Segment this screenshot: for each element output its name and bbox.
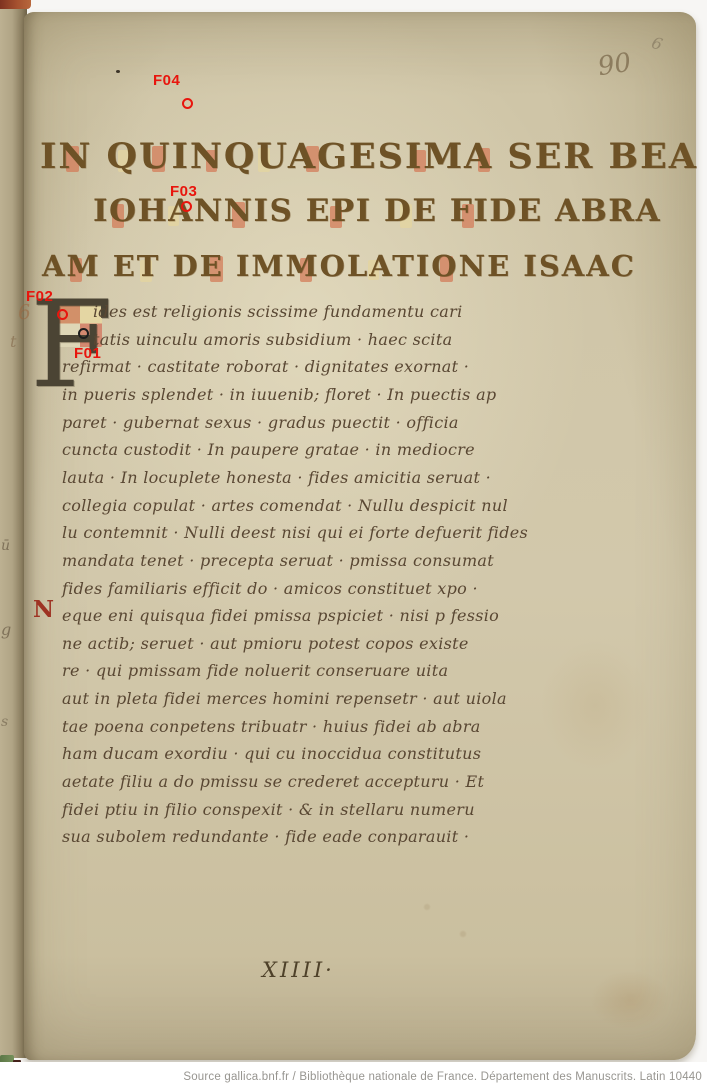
- text-line: mandata tenet · precepta seruat · pmissa…: [62, 551, 494, 570]
- manuscript-photo: IN QUINQUAGESIMA SER BEA IOHANNIS EPI DE…: [0, 0, 707, 1092]
- annotation-circle-f03[interactable]: [181, 201, 192, 212]
- text-line: in pueris splendet · in iuuenib; floret …: [62, 385, 496, 404]
- text-line: ne actib; seruet · aut pmioru potest cop…: [62, 634, 469, 653]
- text-line: fidei ptiu in filio conspexit · & in ste…: [62, 800, 475, 819]
- text-line: paret · gubernat sexus · gradus puectit …: [62, 413, 459, 432]
- annotation-label-f03[interactable]: F03: [170, 183, 197, 200]
- ink-speck: [116, 70, 120, 73]
- text-line: ham ducam exordiu · qui cu inoccidua con…: [62, 744, 481, 763]
- text-line: fides familiaris efficit do · amicos con…: [62, 579, 478, 598]
- text-line: tatis uinculu amoris subsidium · haec sc…: [93, 330, 452, 349]
- rubric-title-line-1: IN QUINQUAGESIMA SER BEA: [40, 136, 698, 177]
- text-line: ides est religionis scissime fundamentu …: [93, 302, 462, 321]
- margin-initial-n: N: [33, 596, 54, 623]
- text-line: re · qui pmissam fide noluerit conseruar…: [62, 661, 448, 680]
- text-line: cuncta custodit · In paupere gratae · in…: [62, 440, 475, 459]
- annotation-circle-f04[interactable]: [182, 98, 193, 109]
- text-line: sua subolem redundante · fide eade conpa…: [62, 827, 469, 846]
- folio-number: 90: [596, 48, 633, 82]
- adjacent-page-edge: [0, 6, 27, 1058]
- text-line: eque eni quisqua fidei pmissa pspiciet ·…: [62, 606, 499, 625]
- annotation-label-f02[interactable]: F02: [26, 288, 53, 305]
- red-headband: [0, 0, 31, 9]
- annotation-circle-f01[interactable]: [78, 328, 89, 339]
- text-line: tae poena conpetens tribuatr · huius fid…: [62, 717, 481, 736]
- annotation-circle-f02[interactable]: [57, 309, 68, 320]
- text-line: refirmat · castitate roborat · dignitate…: [62, 357, 469, 376]
- text-line: lauta · In locuplete honesta · fides ami…: [62, 468, 491, 487]
- quire-signature: XIIII·: [262, 958, 335, 982]
- rubric-title-line-3: AM ET DE IMMOLATIONE ISAAC: [42, 249, 636, 283]
- annotation-label-f04[interactable]: F04: [153, 72, 180, 89]
- margin-mark: t: [10, 332, 16, 351]
- gallica-source-bar: Source gallica.bnf.fr / Bibliothèque nat…: [0, 1062, 707, 1092]
- text-line: aetate filiu a do pmissu se crederet acc…: [62, 772, 484, 791]
- margin-mark: g: [1, 620, 11, 639]
- text-line: collegia copulat · artes comendat · Null…: [62, 496, 508, 515]
- text-line: aut in pleta fidei merces homini repense…: [62, 689, 507, 708]
- margin-mark: ū: [1, 538, 10, 554]
- margin-mark: s: [1, 714, 8, 730]
- annotation-label-f01[interactable]: F01: [74, 345, 101, 362]
- text-line: lu contemnit · Nulli deest nisi qui ei f…: [62, 523, 528, 542]
- source-attribution: Source gallica.bnf.fr / Bibliothèque nat…: [183, 1071, 707, 1083]
